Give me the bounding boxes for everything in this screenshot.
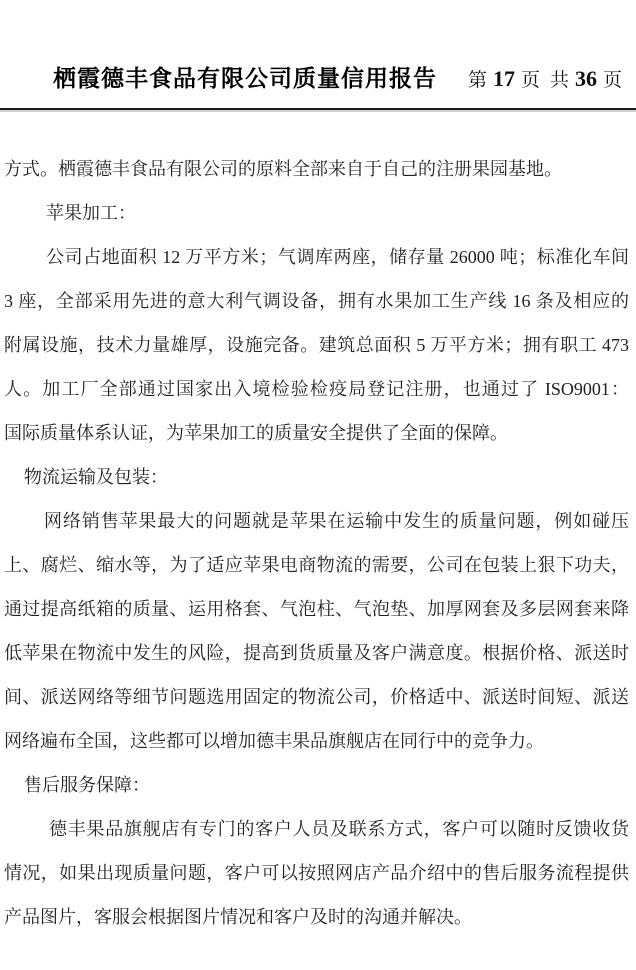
text-line: 附属设施，技术力量雄厚，设施完备。建筑总面积 5 万平方米；拥有职工 473 (4, 323, 629, 367)
page-label-ye-2: 页 (603, 70, 622, 91)
text-line: 网络销售苹果最大的问题就是苹果在运输中发生的质量问题，例如碰压 (4, 499, 629, 543)
text-line: 国际质量体系认证，为苹果加工的质量安全提供了全面的保障。 (4, 411, 629, 455)
page-header: 栖霞德丰食品有限公司质量信用报告 第17页共36页 (0, 0, 636, 110)
text-line: 苹果加工： (4, 191, 629, 235)
text-line: 网络遍布全国，这些都可以增加德丰果品旗舰店在同行中的竞争力。 (4, 719, 629, 763)
report-title: 栖霞德丰食品有限公司质量信用报告 (53, 60, 437, 93)
page-label-prefix: 第 (468, 70, 487, 91)
page-label-gong: 共 (550, 70, 569, 91)
total-pages-number: 36 (575, 66, 597, 91)
text-line: 公司占地面积 12 万平方米；气调库两座，储存量 26000 吨；标准化车间 (4, 235, 629, 279)
page-indicator: 第17页共36页 (468, 65, 622, 92)
text-line: 上、腐烂、缩水等，为了适应苹果电商物流的需要，公司在包装上狠下功夫， (4, 543, 629, 587)
text-line: 售后服务保障： (4, 763, 629, 807)
text-line: 通过提高纸箱的质量、运用格套、气泡柱、气泡垫、加厚网套及多层网套来降 (4, 587, 629, 631)
current-page-number: 17 (493, 66, 515, 91)
text-line: 人。加工厂全部通过国家出入境检验检疫局登记注册，也通过了 ISO9001：200… (4, 367, 629, 411)
text-line: 物流运输及包装： (4, 455, 629, 499)
text-line: 德丰果品旗舰店有专门的客户人员及联系方式，客户可以随时反馈收货 (4, 807, 629, 851)
page-label-ye: 页 (521, 70, 540, 91)
text-line: 3 座，全部采用先进的意大利气调设备，拥有水果加工生产线 16 条及相应的 (4, 279, 629, 323)
document-body: 方式。栖霞德丰食品有限公司的原料全部来自于自己的注册果园基地。苹果加工：公司占地… (0, 147, 636, 939)
report-page: 栖霞德丰食品有限公司质量信用报告 第17页共36页 方式。栖霞德丰食品有限公司的… (0, 0, 636, 970)
text-line: 方式。栖霞德丰食品有限公司的原料全部来自于自己的注册果园基地。 (4, 147, 629, 191)
text-line: 产品图片，客服会根据图片情况和客户及时的沟通并解决。 (4, 895, 629, 939)
text-line: 情况，如果出现质量问题，客户可以按照网店产品介绍中的售后服务流程提供 (4, 851, 629, 895)
text-line: 低苹果在物流中发生的风险，提高到货质量及客户满意度。根据价格、派送时 (4, 631, 629, 675)
text-line: 间、派送网络等细节问题选用固定的物流公司，价格适中、派送时间短、派送 (4, 675, 629, 719)
